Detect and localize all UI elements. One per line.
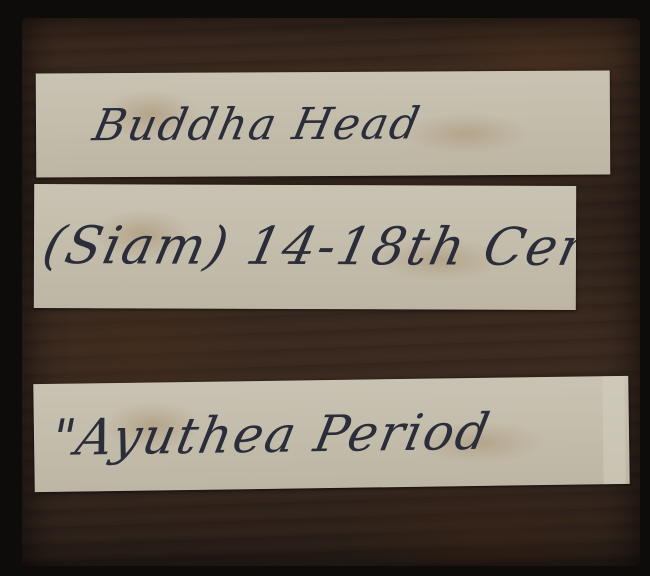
handwritten-text-3: "Ayuthea Period	[33, 376, 629, 492]
paper-label-3: "Ayuthea Period	[33, 376, 629, 492]
photograph: Buddha Head (Siam) 14-18th Cent. "Ayuthe…	[0, 0, 650, 576]
handwritten-text-1: Buddha Head	[36, 70, 611, 177]
handwritten-text-2: (Siam) 14-18th Cent.	[34, 184, 576, 310]
paper-label-2: (Siam) 14-18th Cent.	[34, 184, 576, 310]
paper-label-1: Buddha Head	[36, 70, 611, 177]
tape-strip	[602, 376, 626, 484]
